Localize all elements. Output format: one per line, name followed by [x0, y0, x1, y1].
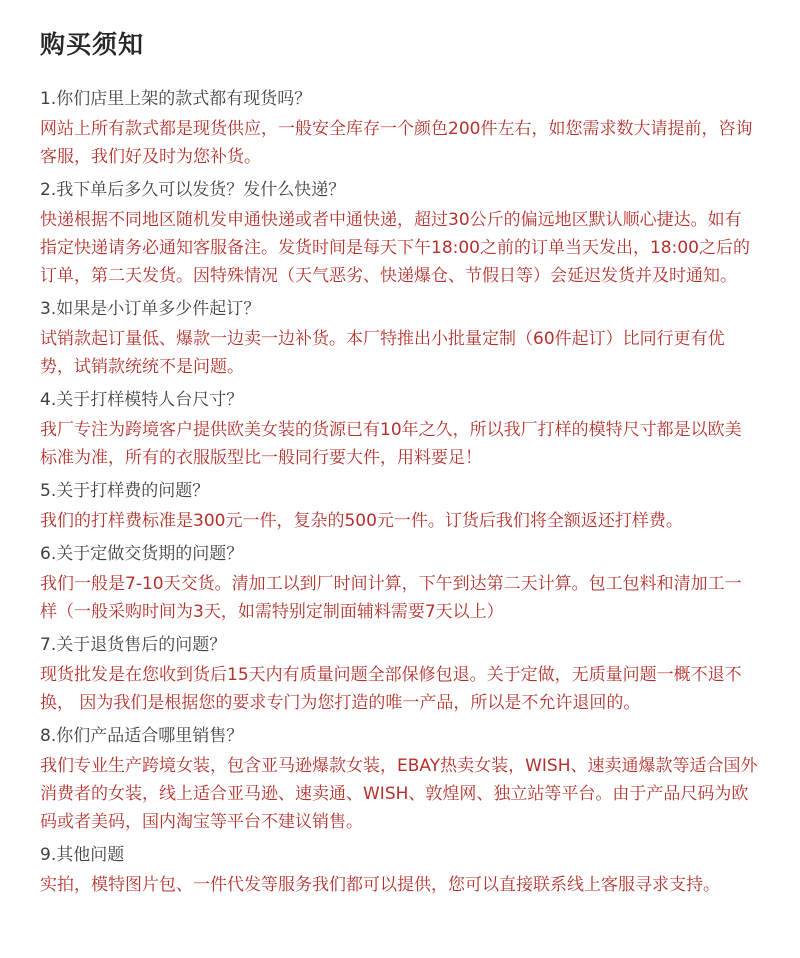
faq-item: 4.关于打样模特人台尺寸？ 我厂专注为跨境客户提供欧美女装的货源已有10年之久，…	[40, 386, 758, 472]
faq-question-2: 2.我下单后多久可以发货？发什么快递？	[40, 176, 758, 204]
faq-item: 9.其他问题 实拍，模特图片包、一件代发等服务我们都可以提供，您可以直接联系线上…	[40, 841, 758, 899]
faq-item: 1.你们店里上架的款式都有现货吗？ 网站上所有款式都是现货供应，一般安全库存一个…	[40, 85, 758, 171]
faq-question-4: 4.关于打样模特人台尺寸？	[40, 386, 758, 414]
faq-question-9: 9.其他问题	[40, 841, 758, 869]
faq-answer-4: 我厂专注为跨境客户提供欧美女装的货源已有10年之久，所以我厂打样的模特尺寸都是以…	[40, 416, 758, 472]
faq-item: 7.关于退货售后的问题？ 现货批发是在您收到货后15天内有质量问题全部保修包退。…	[40, 631, 758, 717]
faq-question-7: 7.关于退货售后的问题？	[40, 631, 758, 659]
faq-answer-2: 快递根据不同地区随机发申通快递或者中通快递，超过30公斤的偏远地区默认顺心捷达。…	[40, 206, 758, 290]
purchase-notice-page: 购买须知 1.你们店里上架的款式都有现货吗？ 网站上所有款式都是现货供应，一般安…	[0, 0, 800, 958]
faq-question-3: 3.如果是小订单多少件起订？	[40, 295, 758, 323]
faq-answer-7: 现货批发是在您收到货后15天内有质量问题全部保修包退。关于定做，无质量问题一概不…	[40, 661, 758, 717]
faq-answer-8: 我们专业生产跨境女装，包含亚马逊爆款女装，EBAY热卖女装，WISH、速卖通爆款…	[40, 752, 758, 836]
faq-list: 1.你们店里上架的款式都有现货吗？ 网站上所有款式都是现货供应，一般安全库存一个…	[40, 85, 758, 899]
page-title: 购买须知	[40, 30, 758, 60]
faq-question-6: 6.关于定做交货期的问题？	[40, 540, 758, 568]
faq-item: 8.你们产品适合哪里销售？ 我们专业生产跨境女装，包含亚马逊爆款女装，EBAY热…	[40, 722, 758, 836]
faq-answer-1: 网站上所有款式都是现货供应，一般安全库存一个颜色200件左右，如您需求数大请提前…	[40, 115, 758, 171]
faq-item: 2.我下单后多久可以发货？发什么快递？ 快递根据不同地区随机发申通快递或者中通快…	[40, 176, 758, 290]
faq-answer-9: 实拍，模特图片包、一件代发等服务我们都可以提供，您可以直接联系线上客服寻求支持。	[40, 871, 758, 899]
faq-question-1: 1.你们店里上架的款式都有现货吗？	[40, 85, 758, 113]
faq-item: 5.关于打样费的问题？ 我们的打样费标准是300元一件，复杂的500元一件。订货…	[40, 477, 758, 535]
faq-item: 3.如果是小订单多少件起订？ 试销款起订量低、爆款一边卖一边补货。本厂特推出小批…	[40, 295, 758, 381]
faq-answer-5: 我们的打样费标准是300元一件，复杂的500元一件。订货后我们将全额返还打样费。	[40, 507, 758, 535]
faq-question-5: 5.关于打样费的问题？	[40, 477, 758, 505]
faq-item: 6.关于定做交货期的问题？ 我们一般是7-10天交货。清加工以到厂时间计算，下午…	[40, 540, 758, 626]
faq-question-8: 8.你们产品适合哪里销售？	[40, 722, 758, 750]
faq-answer-3: 试销款起订量低、爆款一边卖一边补货。本厂特推出小批量定制（60件起订）比同行更有…	[40, 325, 758, 381]
faq-answer-6: 我们一般是7-10天交货。清加工以到厂时间计算，下午到达第二天计算。包工包料和清…	[40, 570, 758, 626]
